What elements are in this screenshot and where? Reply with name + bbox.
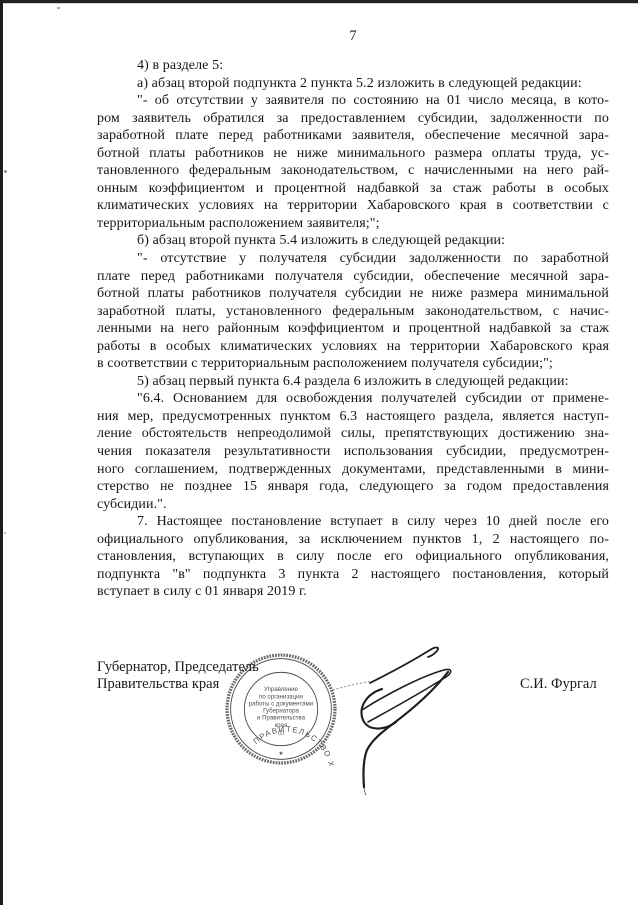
official-stamp-seal: ПРАВИТЕЛЬСТВО ХАБАРОВСКОГО КРАЯ ★ Управл… <box>224 652 338 766</box>
handwritten-signature <box>322 634 492 799</box>
document-body: 4) в разделе 5:а) абзац второй подпункта… <box>97 57 609 601</box>
document-line: "- об отсутствии у заявителя по состояни… <box>97 92 609 110</box>
signature-tail-stroke <box>364 787 366 795</box>
document-line: 5) абзац первый пункта 6.4 раздела 6 изл… <box>97 373 609 391</box>
signature-top-stroke <box>370 648 438 683</box>
document-line: б) абзац второй пункта 5.4 изложить в сл… <box>97 232 609 250</box>
page-number: 7 <box>97 28 609 45</box>
document-line: ботной платы работников получателя субси… <box>97 285 609 303</box>
document-line: ром заявитель обратился за предоставлени… <box>97 110 609 128</box>
document-line: "- отсутствие у получателя субсидии задо… <box>97 250 609 268</box>
document-line: "6.4. Основанием для освобождения получа… <box>97 390 609 408</box>
document-line: тановленного федеральным законодательств… <box>97 162 609 180</box>
document-line: заработной плате перед работниками заяви… <box>97 127 609 145</box>
stamp-star-separator: ★ <box>278 750 283 757</box>
stamp-center-line: и Правительства <box>257 715 306 722</box>
document-line: ление обстоятельств непреодолимой силы, … <box>97 425 609 443</box>
stamp-center-line: (2) <box>278 730 285 736</box>
document-line: чения показателя результативности исполь… <box>97 443 609 461</box>
scan-speck <box>4 532 6 534</box>
stamp-center-line: по организации <box>259 693 303 700</box>
document-line: плате перед работниками получателя субси… <box>97 268 609 286</box>
document-line: подпункта "в" подпункта 3 пункта 2 насто… <box>97 566 609 584</box>
document-line: онным коэффициентом и процентной надбавк… <box>97 180 609 198</box>
signatory-name: С.И. Фургал <box>520 676 597 693</box>
scan-speck <box>4 170 7 173</box>
document-line: работы в особых климатических условиях н… <box>97 338 609 356</box>
document-line: 4) в разделе 5: <box>97 57 609 75</box>
signature-leadin-stroke <box>333 681 372 690</box>
scanned-document-page: 7 4) в разделе 5:а) абзац второй подпунк… <box>0 0 638 905</box>
document-line: в соответствии с территориальным располо… <box>97 355 609 373</box>
document-line: климатических условиях на территории Хаб… <box>97 197 609 215</box>
stamp-center-line: Управление <box>264 686 298 693</box>
scan-speck <box>57 7 60 9</box>
document-line: становления, вступающих в силу после его… <box>97 548 609 566</box>
document-line: а) абзац второй подпункта 2 пункта 5.2 и… <box>97 75 609 93</box>
stamp-center-line: работы с документами <box>249 700 313 707</box>
document-line: ботной платы работников не ниже минималь… <box>97 145 609 163</box>
document-line: ного соглашением, подтвержденных докумен… <box>97 461 609 479</box>
document-line: ния мер, предусмотренных пунктом 6.3 нас… <box>97 408 609 426</box>
document-line: вступает в силу с 01 января 2019 г. <box>97 583 609 601</box>
document-line: субсидии.". <box>97 496 609 514</box>
stamp-center-line: Губернатора <box>263 708 299 715</box>
document-line: ленными на него районным коэффициентом и… <box>97 320 609 338</box>
document-line: 7. Настоящее постановление вступает в си… <box>97 513 609 531</box>
document-line: официального опубликования, за исключени… <box>97 531 609 549</box>
document-line: территориальным расположением заявителя;… <box>97 215 609 233</box>
scan-edge-top-shadow <box>0 3 638 4</box>
document-line: стерство не позднее 15 января года, след… <box>97 478 609 496</box>
scan-edge-left <box>0 0 3 905</box>
stamp-center-line: края <box>275 722 288 729</box>
document-line: заработной платы, установленного федерал… <box>97 303 609 321</box>
